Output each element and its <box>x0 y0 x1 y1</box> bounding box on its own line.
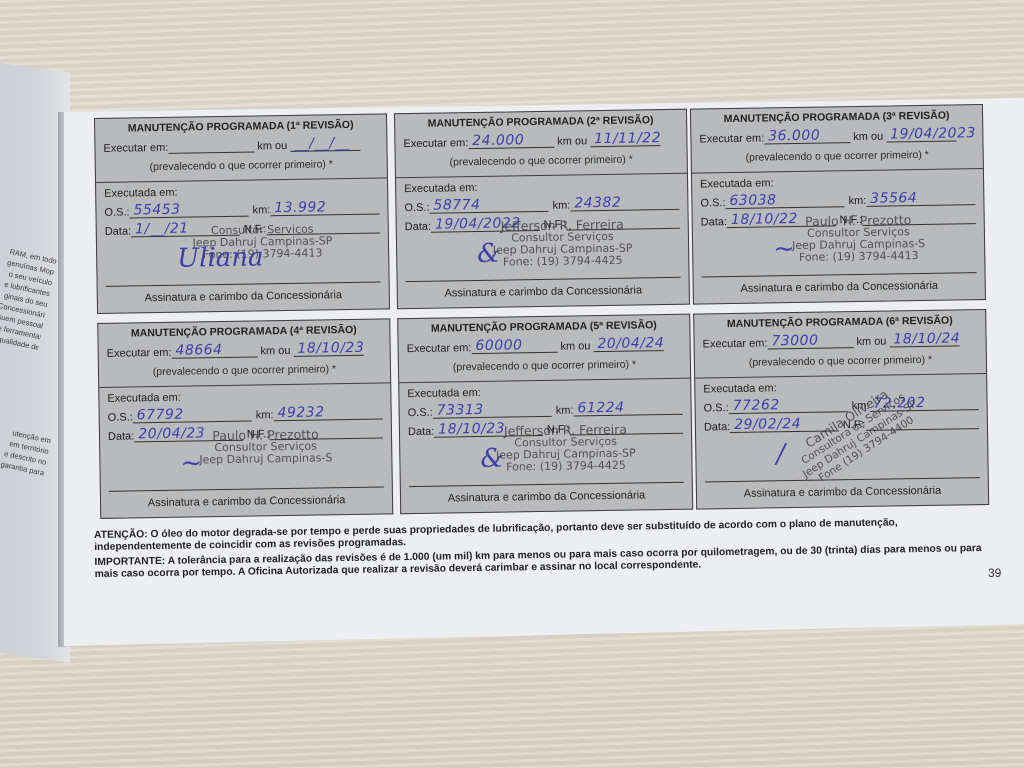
signature-scribble: ~ <box>180 448 202 478</box>
execute-label: Executar em: <box>703 337 768 350</box>
revision-execution: Executada em: O.S.: 63038 km: 35564 Data… <box>692 169 985 304</box>
execute-km-field[interactable]: 24.000 <box>468 134 554 149</box>
km-or-label: km ou <box>856 336 886 348</box>
km-label: km: <box>848 195 866 207</box>
os-label: O.S.: <box>108 411 133 423</box>
revision-schedule: MANUTENÇÃO PROGRAMADA (3ª REVISÃO) Execu… <box>691 105 983 174</box>
executed-label: Executada em: <box>404 179 679 195</box>
execute-km-field[interactable] <box>168 138 254 153</box>
revision-card: MANUTENÇÃO PROGRAMADA (2ª REVISÃO) Execu… <box>394 109 690 310</box>
km-field[interactable]: 13.992 <box>270 201 379 217</box>
prevail-note: (prevalecendo o que ocorrer primeiro) * <box>104 158 379 174</box>
executed-label: Executada em: <box>407 384 682 400</box>
os-label: O.S.: <box>104 206 129 218</box>
os-field[interactable]: 77262 <box>729 398 848 414</box>
revision-title: MANUTENÇÃO PROGRAMADA (4ª REVISÃO) <box>106 324 381 340</box>
os-label: O.S.: <box>408 407 433 419</box>
km-or-label: km ou <box>557 135 587 147</box>
km-label: km: <box>253 204 271 216</box>
date-label: Data: <box>108 430 134 442</box>
execute-label: Executar em: <box>107 347 172 360</box>
revision-card: MANUTENÇÃO PROGRAMADA (1ª REVISÃO) Execu… <box>94 113 390 314</box>
executed-label: Executada em: <box>700 174 975 190</box>
prevail-note: (prevalecendo o que ocorrer primeiro) * <box>700 148 975 164</box>
revision-execution: Executada em: O.S.: 73313 km: 61224 Data… <box>399 379 692 514</box>
date-label: Data: <box>105 225 131 237</box>
os-label: O.S.: <box>700 197 725 209</box>
km-label: km: <box>556 405 574 417</box>
execute-date-field[interactable]: 18/10/24 <box>889 332 959 347</box>
execute-label: Executar em: <box>403 137 468 150</box>
os-field[interactable]: 55453 <box>129 203 248 219</box>
signature-line[interactable] <box>106 282 381 287</box>
os-field[interactable]: 58774 <box>429 198 548 214</box>
page-number: 39 <box>988 566 1001 580</box>
execute-date-field[interactable]: 11/11/22 <box>590 132 660 147</box>
signature-line[interactable] <box>702 272 977 277</box>
execute-date-field[interactable]: 19/04/2023 <box>886 127 956 142</box>
revision-execution: Executada em: O.S.: 77262 km: 72.202 Dat… <box>695 374 988 509</box>
signature-scribble: & <box>480 444 504 474</box>
execute-date-field[interactable]: 18/10/23 <box>293 342 363 357</box>
revision-schedule: MANUTENÇÃO PROGRAMADA (5ª REVISÃO) Execu… <box>398 315 690 384</box>
km-field[interactable]: 61224 <box>573 401 682 417</box>
km-or-label: km ou <box>853 131 883 143</box>
signature-line[interactable] <box>406 277 681 282</box>
revision-title: MANUTENÇÃO PROGRAMADA (3ª REVISÃO) <box>699 109 974 125</box>
date-label: Data: <box>704 421 730 433</box>
os-field[interactable]: 73313 <box>433 403 552 419</box>
execute-label: Executar em: <box>103 142 168 155</box>
revision-title: MANUTENÇÃO PROGRAMADA (5ª REVISÃO) <box>406 319 681 335</box>
signature-line[interactable] <box>109 486 384 491</box>
revision-execution: Executada em: O.S.: 55453 km: 13.992 Dat… <box>96 178 389 313</box>
revision-schedule: MANUTENÇÃO PROGRAMADA (1ª REVISÃO) Execu… <box>95 114 387 183</box>
execute-km-field[interactable]: 36.000 <box>764 129 850 144</box>
km-or-label: km ou <box>260 345 290 357</box>
execute-label: Executar em: <box>699 132 764 145</box>
date-label: Data: <box>405 221 431 233</box>
prevail-note: (prevalecendo o que ocorrer primeiro) * <box>107 363 382 379</box>
execute-km-field[interactable]: 73000 <box>767 334 853 349</box>
revision-card: MANUTENÇÃO PROGRAMADA (6ª REVISÃO) Execu… <box>693 309 989 510</box>
signature-label: Assinatura e carimbo da Concessionária <box>98 288 389 305</box>
os-field[interactable]: 63038 <box>725 193 844 209</box>
revision-title: MANUTENÇÃO PROGRAMADA (2ª REVISÃO) <box>403 114 678 130</box>
signature-label: Assinatura e carimbo da Concessionária <box>401 489 692 506</box>
execute-km-field[interactable]: 48664 <box>171 343 257 358</box>
execute-date-field[interactable]: __/__/__ <box>290 137 360 152</box>
revision-execution: Executada em: O.S.: 58774 km: 24382 Data… <box>396 174 689 309</box>
revision-schedule: MANUTENÇÃO PROGRAMADA (2ª REVISÃO) Execu… <box>395 110 687 179</box>
executed-label: Executada em: <box>104 184 379 200</box>
revision-title: MANUTENÇÃO PROGRAMADA (6ª REVISÃO) <box>702 314 977 330</box>
signature-label: Assinatura e carimbo da Concessionária <box>101 493 392 510</box>
signature-scribble: & <box>477 239 501 269</box>
revision-title: MANUTENÇÃO PROGRAMADA (1ª REVISÃO) <box>103 119 378 135</box>
executed-label: Executada em: <box>107 389 382 405</box>
signature-scribble: Uliana <box>177 242 264 273</box>
km-or-label: km ou <box>257 140 287 152</box>
revision-grid: MANUTENÇÃO PROGRAMADA (1ª REVISÃO) Execu… <box>94 104 1010 532</box>
os-label: O.S.: <box>704 402 729 414</box>
execute-label: Executar em: <box>407 342 472 355</box>
prevail-note: (prevalecendo o que ocorrer primeiro) * <box>404 153 679 169</box>
km-label: km: <box>552 200 570 212</box>
prevail-note: (prevalecendo o que ocorrer primeiro) * <box>407 358 682 374</box>
revision-card: MANUTENÇÃO PROGRAMADA (5ª REVISÃO) Execu… <box>397 314 693 515</box>
signature-scribble: ~ <box>773 234 795 264</box>
signature-scribble: / <box>776 439 785 469</box>
km-label: km: <box>256 409 274 421</box>
signature-label: Assinatura e carimbo da Concessionária <box>694 279 985 296</box>
revision-schedule: MANUTENÇÃO PROGRAMADA (4ª REVISÃO) Execu… <box>98 319 390 388</box>
signature-line[interactable] <box>409 482 684 487</box>
km-or-label: km ou <box>560 340 590 352</box>
revision-card: MANUTENÇÃO PROGRAMADA (4ª REVISÃO) Execu… <box>97 318 393 519</box>
os-field[interactable]: 67792 <box>133 408 252 424</box>
date-label: Data: <box>701 216 727 228</box>
execute-date-field[interactable]: 20/04/24 <box>593 337 663 352</box>
os-label: O.S.: <box>404 202 429 214</box>
previous-page-text: utenção emem territórioe descrito nogara… <box>0 425 52 478</box>
date-label: Data: <box>408 426 434 438</box>
signature-label: Assinatura e carimbo da Concessionária <box>697 484 988 501</box>
signature-label: Assinatura e carimbo da Concessionária <box>398 284 689 301</box>
revision-card: MANUTENÇÃO PROGRAMADA (3ª REVISÃO) Execu… <box>690 104 986 305</box>
km-field[interactable]: 24382 <box>570 196 679 212</box>
km-field[interactable]: 35564 <box>866 191 975 207</box>
execute-km-field[interactable]: 60000 <box>471 339 557 354</box>
km-field[interactable]: 49232 <box>273 406 382 422</box>
revision-execution: Executada em: O.S.: 67792 km: 49232 Data… <box>99 383 392 518</box>
